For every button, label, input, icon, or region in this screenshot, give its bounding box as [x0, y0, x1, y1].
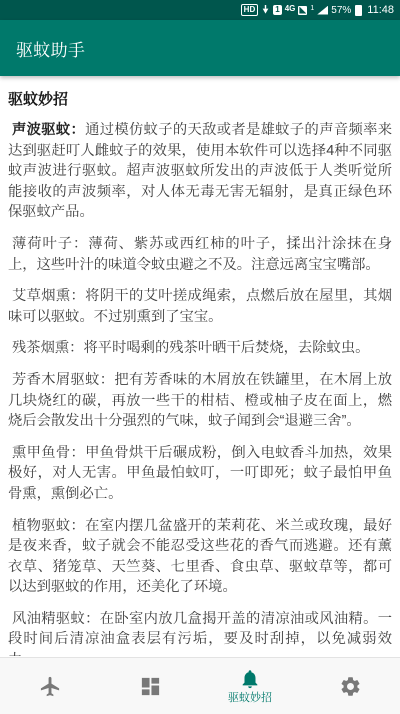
tip-paragraph: 薄荷叶子：薄荷、紫苏或西红柿的叶子，揉出汁涂抹在身上，这些叶汁的味道令蚊虫避之不…	[8, 234, 392, 275]
battery-tip	[357, 14, 360, 16]
gear-icon	[339, 675, 362, 698]
status-bar: HD 1 4G 1 57% 11:48	[0, 0, 400, 20]
nav-item-label: 驱蚊妙招	[228, 692, 272, 704]
wifi-calling-icon	[261, 5, 270, 15]
tip-paragraph: 植物驱蚊：在室内摆几盆盛开的茉莉花、米兰或玫瑰，最好是夜来香，蚊子就会不能忍受这…	[8, 516, 392, 598]
tip-lead: 植物驱蚊：	[12, 518, 85, 534]
section-heading: 驱蚊妙招	[8, 88, 392, 109]
tip-lead: 艾草烟熏：	[12, 288, 85, 304]
tip-body: 将平时喝剩的残茶叶晒干后焚烧，去除蚊虫。	[83, 340, 369, 356]
sim-card-icon: 1	[273, 5, 281, 15]
tip-paragraph: 艾草烟熏：将阴干的艾叶搓成绳索，点燃后放在屋里，其烟味可以驱蚊。不过别熏到了宝宝…	[8, 286, 392, 327]
data-usage-arrow	[299, 7, 306, 14]
content-scroll[interactable]: 驱蚊妙招 声波驱蚊：通过模仿蚊子的天敌或者是雄蚊子的声音频率来达到驱赶叮人雌蚊子…	[0, 76, 400, 656]
hd-badge: HD	[241, 4, 259, 16]
dashboard-icon	[139, 675, 162, 698]
tip-lead: 芳香木屑驱蚊：	[12, 372, 114, 388]
tip-paragraph: 残茶烟熏：将平时喝剩的残茶叶晒干后焚烧，去除蚊虫。	[8, 338, 392, 359]
tip-paragraph: 芳香木屑驱蚊：把有芳香味的木屑放在铁罐里，在木屑上放几块烧红的碳，再放一些干的柑…	[8, 370, 392, 432]
tip-paragraph: 声波驱蚊：通过模仿蚊子的天敌或者是雄蚊子的声音频率来达到驱赶叮人雌蚊子的效果，使…	[8, 120, 392, 223]
page-title: 驱蚊助手	[16, 36, 85, 61]
clock: 11:48	[367, 4, 394, 16]
sim-slot-indicator: 1	[310, 5, 314, 12]
nav-item-sonic[interactable]	[0, 658, 100, 714]
network-type-label: 4G	[285, 4, 296, 13]
tip-lead: 声波驱蚊：	[12, 122, 85, 138]
tip-lead: 熏甲鱼骨：	[12, 445, 85, 461]
tip-paragraph: 熏甲鱼骨：甲鱼骨烘干后碾成粉，倒入电蚊香斗加热，效果极好，对人无害。甲鱼最怕蚊叮…	[8, 443, 392, 505]
airplane-icon	[39, 675, 62, 698]
tip-lead: 薄荷叶子：	[12, 236, 88, 252]
battery-icon	[355, 5, 362, 16]
tip-lead: 风油精驱蚊：	[12, 611, 100, 627]
bottom-nav: 驱蚊妙招	[0, 657, 400, 714]
nav-item-tips[interactable]: 驱蚊妙招	[200, 658, 300, 714]
battery-percent: 57%	[331, 5, 351, 16]
nav-item-dashboard[interactable]	[100, 658, 200, 714]
nav-item-settings[interactable]	[300, 658, 400, 714]
signal-icon	[317, 6, 328, 15]
bell-icon	[239, 668, 261, 690]
tip-lead: 残茶烟熏：	[12, 340, 83, 356]
tip-paragraph: 风油精驱蚊：在卧室内放几盒揭开盖的清凉油或风油精。一段时间后清凉油盒表层有污垢，…	[8, 609, 392, 656]
app-bar: 驱蚊助手	[0, 20, 400, 76]
data-usage-icon	[298, 6, 307, 15]
